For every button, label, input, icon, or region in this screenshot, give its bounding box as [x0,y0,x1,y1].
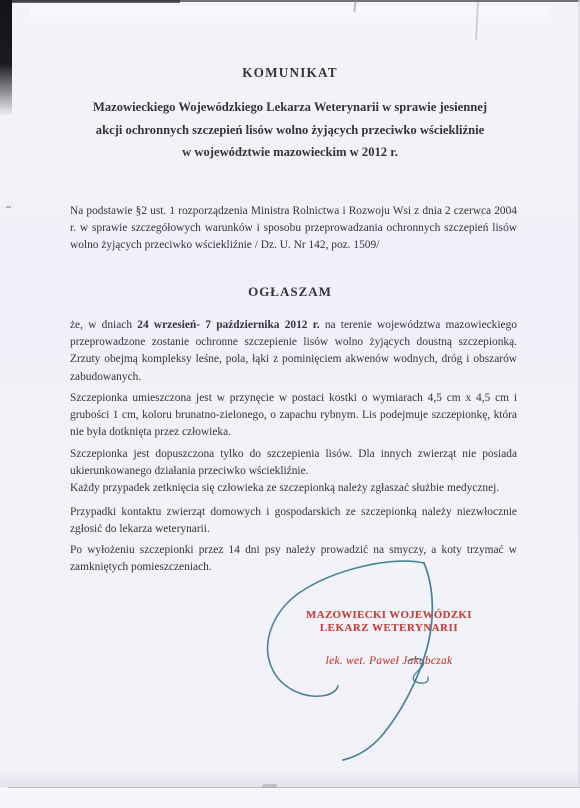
subtitle-line-2: akcji ochronnych szczepień lisów wolno ż… [40,119,540,142]
paper-page: KOMUNIKAT Mazowieckiego Wojewódzkiego Le… [0,0,580,788]
announcement-dates: 24 wrzesień- 7 października 2012 r. [137,319,319,331]
paragraph-dogs-cats: Po wyłożeniu szczepionki przez 14 dni ps… [70,542,517,576]
document-subtitle: Mazowieckiego Wojewódzkiego Lekarza Wete… [40,96,540,164]
paragraph-vaccine-description: Szczepionka umieszczona jest w przynęcie… [70,390,517,442]
announcement-prefix: że, w dniach [70,319,137,331]
stamp-office-line-1: MAZOWIECKI WOJEWÓDZKI [300,609,478,621]
page-bottom-shadow [0,770,580,787]
scan-top-edge-dark-segment [0,0,180,3]
paper-crease [30,6,550,22]
stamp-office-line-2: LEKARZ WETERYNARII [300,622,478,634]
announcement-heading: OGŁASZAM [0,284,580,300]
announcement-paragraph: że, w dniach 24 wrzesień- 7 października… [70,317,517,386]
paragraph-domestic-animals: Przypadki kontaktu zwierząt domowych i g… [70,504,517,538]
scanned-document: { "scan": { "paper_color": "#f2f2f9", "i… [0,0,580,808]
page-bottom-smudge [262,784,277,788]
legal-basis-paragraph: Na podstawie §2 ust. 1 rozporządzenia Mi… [70,203,517,255]
page-title: KOMUNIKAT [0,65,580,81]
paragraph-foxes-only: Szczepionka jest dopuszczona tylko do sz… [70,446,517,480]
scanner-background-strip [0,788,580,808]
scan-speck [6,206,11,208]
subtitle-line-1: Mazowieckiego Wojewódzkiego Lekarza Wete… [40,96,540,119]
official-stamp: MAZOWIECKI WOJEWÓDZKI LEKARZ WETERYNARII… [300,609,478,667]
stamp-signatory-name: lek. wet. Paweł Jakubczak [300,655,478,667]
scan-left-edge-band [0,0,12,116]
subtitle-line-3: w województwie mazowieckim w 2012 r. [40,141,540,164]
paragraph-human-contact: Każdy przypadek zetknięcia się człowieka… [70,480,517,497]
